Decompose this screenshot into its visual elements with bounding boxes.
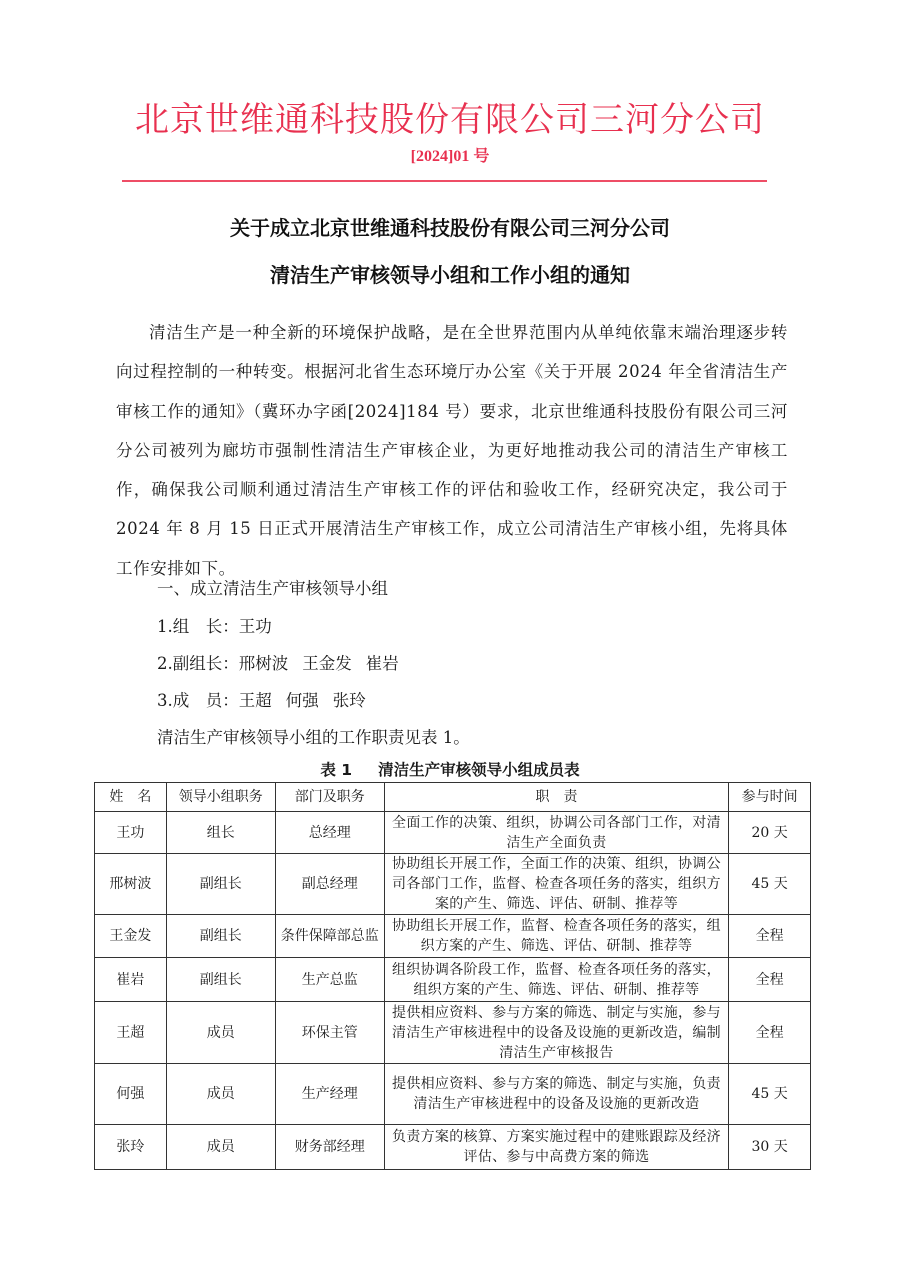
header-duty: 职 责 <box>384 783 728 812</box>
member-name: 王超 <box>239 691 272 710</box>
cell-name: 王超 <box>95 1002 167 1064</box>
cell-role: 副组长 <box>166 854 275 915</box>
cell-duty: 提供相应资料、参与方案的筛选、制定与实施，负责清洁生产审核进程中的设备及设施的更… <box>384 1064 728 1125</box>
header-time: 参与时间 <box>729 783 811 812</box>
table-header-row: 姓 名 领导小组职务 部门及职务 职 责 参与时间 <box>95 783 811 812</box>
cell-name: 张玲 <box>95 1125 167 1170</box>
deputy-name: 崔岩 <box>366 654 399 673</box>
cell-duty: 协助组长开展工作，监督、检查各项任务的落实，组织方案的产生、筛选、评估、研制、推… <box>384 915 728 958</box>
cell-role: 副组长 <box>166 958 275 1002</box>
notice-title-line1: 关于成立北京世维通科技股份有限公司三河分公司 <box>0 213 900 243</box>
cell-dept: 总经理 <box>275 812 384 854</box>
leader-name: 王功 <box>239 617 272 636</box>
cell-time: 全程 <box>729 958 811 1002</box>
document-number: [2024]01 号 <box>0 146 900 168</box>
table-row: 王金发 副组长 条件保障部总监 协助组长开展工作，监督、检查各项任务的落实，组织… <box>95 915 811 958</box>
cell-name: 王金发 <box>95 915 167 958</box>
cell-role: 成员 <box>166 1002 275 1064</box>
table-row: 邢树波 副组长 副总经理 协助组长开展工作，全面工作的决策、组织，协调公司各部门… <box>95 854 811 915</box>
deputy-name: 王金发 <box>302 654 352 673</box>
letterhead-company: 北京世维通科技股份有限公司三河分公司 <box>0 98 900 142</box>
cell-time: 45 天 <box>729 854 811 915</box>
intro-paragraph: 清洁生产是一种全新的环境保护战略，是在全世界范围内从单纯依靠末端治理逐步转向过程… <box>116 313 788 588</box>
cell-time: 全程 <box>729 915 811 958</box>
deputy-label: 2.副组长： <box>157 654 239 673</box>
cell-role: 组长 <box>166 812 275 854</box>
table-reference: 清洁生产审核领导小组的工作职责见表 1。 <box>157 726 470 750</box>
cell-dept: 条件保障部总监 <box>275 915 384 958</box>
header-role: 领导小组职务 <box>166 783 275 812</box>
leader-label: 1.组 长： <box>157 617 239 636</box>
header-dept: 部门及职务 <box>275 783 384 812</box>
deputy-line: 2.副组长：邢树波王金发崔岩 <box>157 652 399 676</box>
cell-time: 全程 <box>729 1002 811 1064</box>
member-name: 张玲 <box>333 691 366 710</box>
table-row: 何强 成员 生产经理 提供相应资料、参与方案的筛选、制定与实施，负责清洁生产审核… <box>95 1064 811 1125</box>
members-table: 姓 名 领导小组职务 部门及职务 职 责 参与时间 王功 组长 总经理 全面工作… <box>94 782 811 1170</box>
cell-name: 王功 <box>95 812 167 854</box>
table-title: 清洁生产审核领导小组成员表 <box>378 761 580 779</box>
cell-duty: 组织协调各阶段工作，监督、检查各项任务的落实，组织方案的产生、筛选、评估、研制、… <box>384 958 728 1002</box>
cell-role: 成员 <box>166 1064 275 1125</box>
cell-name: 何强 <box>95 1064 167 1125</box>
header-name: 姓 名 <box>95 783 167 812</box>
cell-duty: 提供相应资料、参与方案的筛选、制定与实施，参与清洁生产审核进程中的设备及设施的更… <box>384 1002 728 1064</box>
cell-duty: 协助组长开展工作，全面工作的决策、组织，协调公司各部门工作，监督、检查各项任务的… <box>384 854 728 915</box>
member-line: 3.成 员：王超何强张玲 <box>157 689 366 713</box>
cell-duty: 负责方案的核算、方案实施过程中的建账跟踪及经济评估、参与中高费方案的筛选 <box>384 1125 728 1170</box>
letterhead-divider <box>122 180 767 182</box>
cell-duty: 全面工作的决策、组织，协调公司各部门工作，对清洁生产全面负责 <box>384 812 728 854</box>
member-name: 何强 <box>286 691 319 710</box>
table-row: 王功 组长 总经理 全面工作的决策、组织，协调公司各部门工作，对清洁生产全面负责… <box>95 812 811 854</box>
cell-name: 邢树波 <box>95 854 167 915</box>
table-number: 表 1 <box>320 761 352 779</box>
cell-time: 20 天 <box>729 812 811 854</box>
table-row: 王超 成员 环保主管 提供相应资料、参与方案的筛选、制定与实施，参与清洁生产审核… <box>95 1002 811 1064</box>
member-label: 3.成 员： <box>157 691 239 710</box>
cell-time: 45 天 <box>729 1064 811 1125</box>
table-row: 张玲 成员 财务部经理 负责方案的核算、方案实施过程中的建账跟踪及经济评估、参与… <box>95 1125 811 1170</box>
cell-time: 30 天 <box>729 1125 811 1170</box>
notice-title-line2: 清洁生产审核领导小组和工作小组的通知 <box>0 260 900 290</box>
cell-dept: 生产经理 <box>275 1064 384 1125</box>
section-heading: 一、成立清洁生产审核领导小组 <box>157 577 388 601</box>
cell-role: 成员 <box>166 1125 275 1170</box>
cell-dept: 财务部经理 <box>275 1125 384 1170</box>
table-row: 崔岩 副组长 生产总监 组织协调各阶段工作，监督、检查各项任务的落实，组织方案的… <box>95 958 811 1002</box>
cell-name: 崔岩 <box>95 958 167 1002</box>
leader-line: 1.组 长：王功 <box>157 615 272 639</box>
cell-dept: 环保主管 <box>275 1002 384 1064</box>
deputy-name: 邢树波 <box>239 654 289 673</box>
cell-role: 副组长 <box>166 915 275 958</box>
cell-dept: 生产总监 <box>275 958 384 1002</box>
table-caption: 表 1清洁生产审核领导小组成员表 <box>0 759 900 781</box>
cell-dept: 副总经理 <box>275 854 384 915</box>
